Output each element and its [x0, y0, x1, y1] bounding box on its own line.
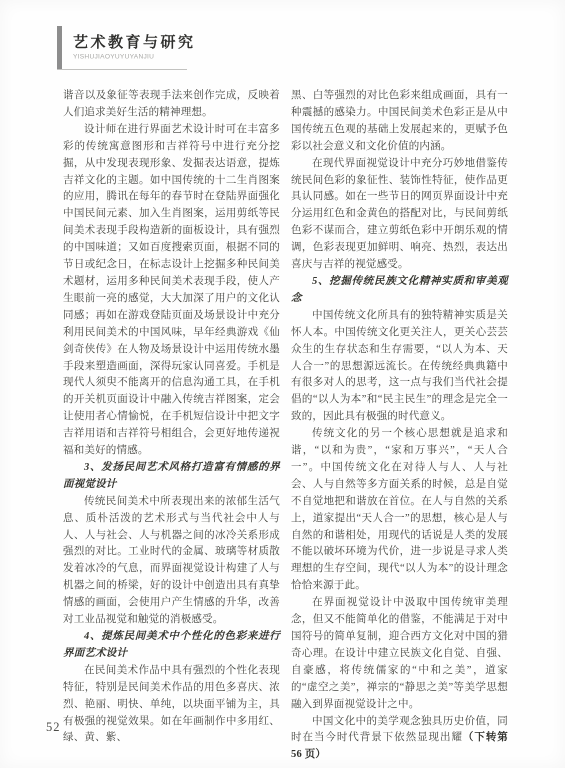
page-number: 52 — [46, 720, 61, 735]
paragraph: 中国传统文化所具有的独特精神实质是关怀人本。中国传统文化更关注人，更关心芸芸众生… — [291, 308, 508, 426]
article-body: 谐音以及象征等表现手法来创作完成，反映着人们追求美好生活的精神理想。 设计师在进… — [63, 88, 508, 764]
journal-subtitle-pinyin: YISHUJIAOYUYUYANJIU — [73, 53, 154, 60]
paragraph: 在民间美术作品中具有强烈的个性化表现特征，特别是民间美术作品的用色多喜庆、浓烈、… — [63, 663, 280, 748]
paragraph: 在界面视觉设计中汲取中国传统审美理念，但又不能简单化的借鉴，不能满足于对中国符号… — [291, 595, 508, 713]
journal-title: 艺术教育与研究 — [73, 35, 196, 52]
header-accent-bar — [57, 26, 62, 70]
paragraph-continuation: 黑、白等强烈的对比色彩来组成画面，具有一种震撼的感染力。中国民间美术色彩正是从中… — [291, 88, 508, 156]
journal-header: 艺术教育与研究 YISHUJIAOYUYUYANJIU — [57, 26, 196, 70]
paragraph: 设计师在进行界面艺术设计时可在丰富多彩的传统寓意图形和吉祥符号中进行充分挖掘，从… — [63, 122, 280, 460]
right-column: 黑、白等强烈的对比色彩来组成画面，具有一种震撼的感染力。中国民间美术色彩正是从中… — [291, 88, 508, 764]
journal-page: 艺术教育与研究 YISHUJIAOYUYUYANJIU 谐音以及象征等表现手法来… — [0, 0, 565, 768]
paragraph: 传统民间美术中所表现出来的浓郁生活气息、质朴活泼的艺术形式与当代社会中人与人、人… — [63, 494, 280, 629]
paragraph-with-note: 中国文化中的美学观念独具历史价值，同时在当今时代背景下依然显现出耀（下转第 56… — [291, 714, 508, 765]
paragraph-continuation: 谐音以及象征等表现手法来创作完成，反映着人们追求美好生活的精神理想。 — [63, 88, 280, 122]
paragraph: 传统文化的另一个核心思想就是追求和谐，“以和为贵”，“家和万事兴”，“天人合一”… — [291, 426, 508, 595]
section-heading-5: 5、挖掘传统民族文化精神实质和审美观念 — [291, 274, 508, 308]
section-heading-4: 4、提炼民间美术中个性化的色彩来进行界面艺术设计 — [63, 629, 280, 663]
header-text-block: 艺术教育与研究 YISHUJIAOYUYUYANJIU — [73, 26, 196, 70]
left-column: 谐音以及象征等表现手法来创作完成，反映着人们追求美好生活的精神理想。 设计师在进… — [63, 88, 280, 764]
paragraph: 在现代界面视觉设计中充分巧妙地借鉴传统民间色彩的象征性、装饰性特征，使作品更具认… — [291, 156, 508, 274]
header-rule — [57, 69, 187, 70]
section-heading-3: 3、发扬民间艺术风格打造富有情感的界面视觉设计 — [63, 460, 280, 494]
